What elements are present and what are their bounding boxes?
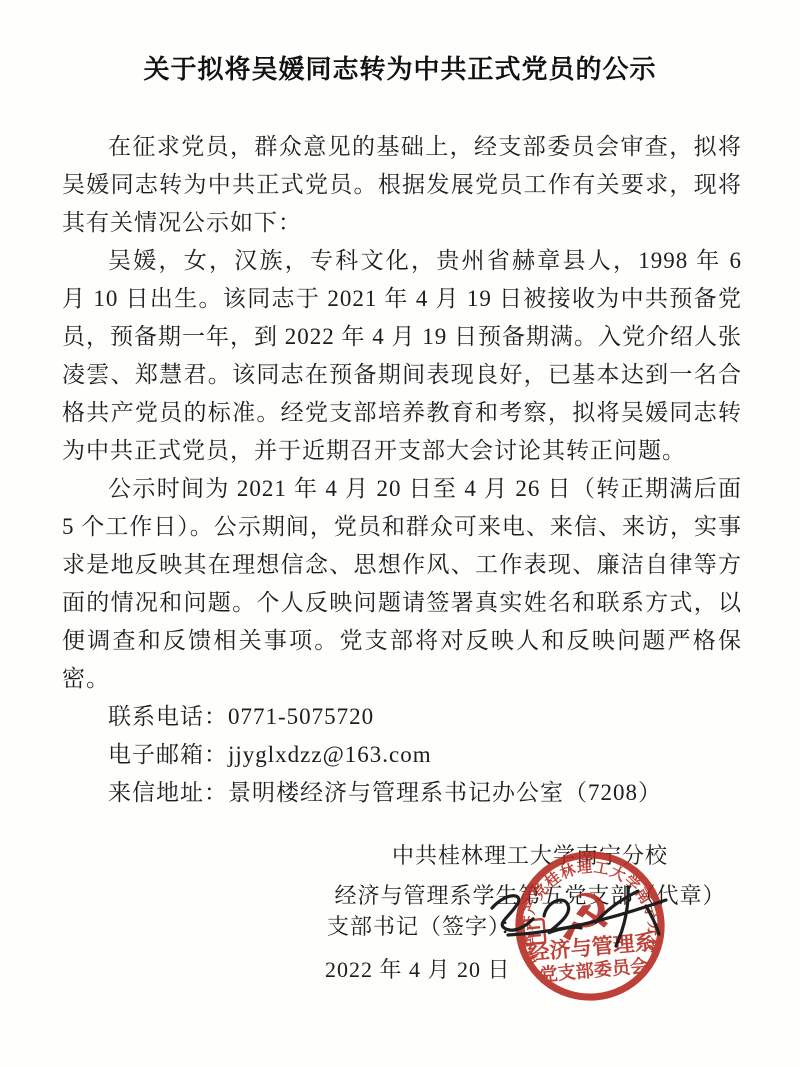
paragraph-member-profile: 吴媛，女，汉族，专科文化，贵州省赫章县人，1998 年 6 月 10 日出生。该… [62, 242, 742, 470]
paragraph-intro: 在征求党员，群众意见的基础上，经支部委员会审查，拟将吴媛同志转为中共正式党员。根… [62, 128, 742, 242]
document-page: 关于拟将吴媛同志转为中共正式党员的公示 在征求党员，群众意见的基础上，经支部委员… [0, 0, 800, 1067]
paragraph-notice-period: 公示时间为 2021 年 4 月 20 日至 4 月 26 日（转正期满后面 5… [62, 470, 742, 698]
document-body: 在征求党员，群众意见的基础上，经支部委员会审查，拟将吴媛同志转为中共正式党员。根… [62, 128, 742, 812]
contact-address: 来信地址：景明楼经济与管理系书记办公室（7208） [62, 774, 742, 812]
secretary-signature-label: 支部书记（签字）： [327, 910, 523, 941]
signature-org-line1: 中共桂林理工大学南宁分校 [280, 836, 780, 876]
seal-bottom-line1: 经济与管理系 [527, 929, 657, 966]
seal-bottom-line2: 党支部委员会 [539, 955, 649, 986]
seal-code-box [523, 919, 546, 944]
page-title: 关于拟将吴媛同志转为中共正式党员的公示 [0, 0, 800, 90]
signature-date: 2022 年 4 月 20 日 [325, 953, 511, 984]
contact-phone: 联系电话：0771-5075720 [62, 698, 742, 736]
signature-block: 中共桂林理工大学南宁分校 经济与管理系学生第五党支部（代章） [280, 836, 780, 916]
contact-email: 电子邮箱：jjyglxdzz@163.com [62, 736, 742, 774]
